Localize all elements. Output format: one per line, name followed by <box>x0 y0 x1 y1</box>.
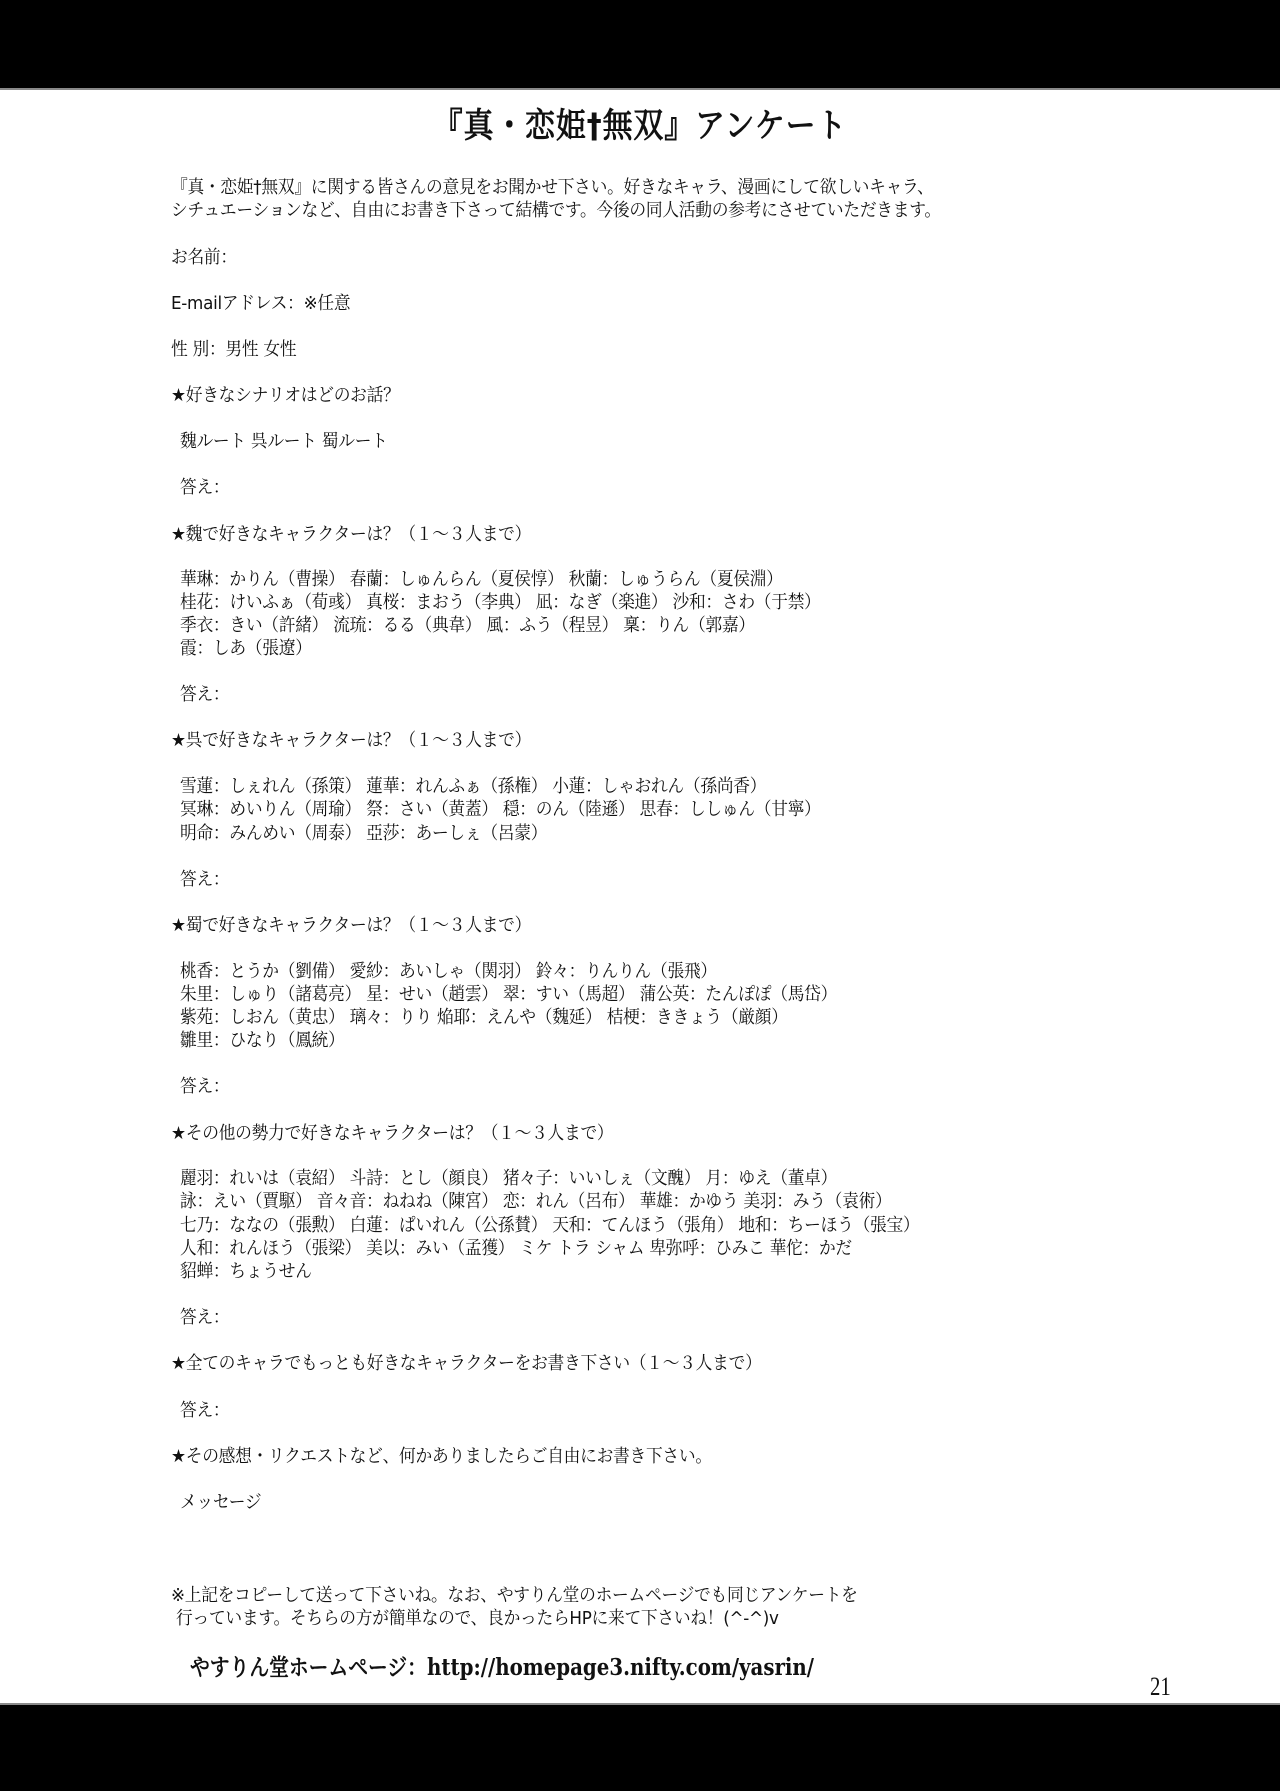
email-field-label: E-mailアドレス：※任意 <box>171 293 350 315</box>
wu-answer-label: 答え： <box>180 869 229 891</box>
others-character-line: 麗羽：れいは（袁紹） 斗詩：とし（顔良） 猪々子：いいしぇ（文醜） 月：ゆえ（董… <box>180 1168 837 1190</box>
intro-line-1: 『真・恋姫†無双』に関する皆さんの意見をお聞かせ下さい。好きなキャラ、漫画にして… <box>171 177 934 199</box>
bottom-black-bar <box>0 1703 1280 1791</box>
top-black-bar <box>0 0 1280 90</box>
others-character-line: 人和：れんほう（張梁） 美以：みい（孟獲） ミケ トラ シャム 卑弥呼：ひみこ … <box>180 1238 852 1260</box>
shu-character-line: 雛里：ひなり（鳳統） <box>180 1030 345 1052</box>
note-line-2: 行っています。そちらの方が簡単なので、良かったらHPに来て下さいね！(^-^)v <box>171 1608 779 1630</box>
wei-character-line: 桂花：けいふぁ（荀彧） 真桜：まおう（李典） 凪：なぎ（楽進） 沙和：さわ（于禁… <box>180 592 821 614</box>
shu-character-line: 桃香：とうか（劉備） 愛紗：あいしゃ（関羽） 鈴々：りんりん（張飛） <box>180 961 717 983</box>
wei-answer-label: 答え： <box>180 684 229 706</box>
wu-character-line: 雪蓮：しぇれん（孫策） 蓮華：れんふぁ（孫権） 小蓮：しゃおれん（孫尚香） <box>180 776 766 798</box>
wu-character-line: 冥琳：めいりん（周瑜） 祭：さい（黄蓋） 穏：のん（陸遜） 思春：ししゅん（甘寧… <box>180 799 821 821</box>
shu-character-line: 紫苑：しおん（黄忠） 璃々：りり 焔耶：えんや（魏延） 桔梗：ききょう（厳顔） <box>180 1007 788 1029</box>
others-character-line: 貂蝉：ちょうせん <box>180 1261 312 1283</box>
shu-question: ★蜀で好きなキャラクターは？（１～３人まで） <box>171 915 531 937</box>
wei-character-line: 華琳：かりん（曹操） 春蘭：しゅんらん（夏侯惇） 秋蘭：しゅうらん（夏侯淵） <box>180 569 783 591</box>
page-number: 21 <box>1150 1672 1171 1702</box>
note-line-1: ※上記をコピーして送って下さいね。なお、やすりん堂のホームページでも同じアンケー… <box>171 1585 858 1607</box>
homepage-link[interactable]: やすりん堂ホームページ：http://homepage3.nifty.com/y… <box>190 1653 814 1683</box>
others-character-line: 七乃：ななの（張勲） 白蓮：ぱいれん（公孫賛） 天和：てんほう（張角） 地和：ち… <box>180 1215 919 1237</box>
wei-question: ★魏で好きなキャラクターは？（１～３人まで） <box>171 524 531 546</box>
favorite-question: ★全てのキャラでもっとも好きなキャラクターをお書き下さい（１～３人まで） <box>171 1353 762 1375</box>
shu-answer-label: 答え： <box>180 1076 229 1098</box>
message-label: メッセージ <box>180 1492 261 1514</box>
gender-field-label: 性 別：男性 女性 <box>171 339 296 361</box>
comments-question: ★その感想・リクエストなど、何かありましたらご自由にお書き下さい。 <box>171 1446 712 1468</box>
favorite-answer-label: 答え： <box>180 1400 229 1422</box>
shu-character-line: 朱里：しゅり（諸葛亮） 星：せい（趙雲） 翠：すい（馬超） 蒲公英：たんぽぽ（馬… <box>180 984 837 1006</box>
wu-question: ★呉で好きなキャラクターは？（１～３人まで） <box>171 730 531 752</box>
wei-character-line: 季衣：きい（許緒） 流琉：るる（典韋） 風：ふう（程昱） 稟：りん（郭嘉） <box>180 615 755 637</box>
others-character-line: 詠：えい（賈駆） 音々音：ねねね（陳宮） 恋：れん（呂布） 華雄：かゆう 美羽：… <box>180 1191 892 1213</box>
scenario-options: 魏ルート 呉ルート 蜀ルート <box>180 431 388 453</box>
others-answer-label: 答え： <box>180 1307 229 1329</box>
wu-character-line: 明命：みんめい（周泰） 亞莎：あーしぇ（呂蒙） <box>180 823 547 845</box>
name-field-label: お名前： <box>171 247 237 269</box>
others-question: ★その他の勢力で好きなキャラクターは？（１～３人まで） <box>171 1123 613 1145</box>
page-title: 『真・恋姫†無双』アンケート <box>77 106 1203 146</box>
scenario-answer-label: 答え： <box>180 477 229 499</box>
intro-line-2: シチュエーションなど、自由にお書き下さって結構です。今後の同人活動の参考にさせて… <box>171 200 941 222</box>
wei-character-line: 霞：しあ（張遼） <box>180 638 312 660</box>
scenario-question: ★好きなシナリオはどのお話？ <box>171 385 400 407</box>
